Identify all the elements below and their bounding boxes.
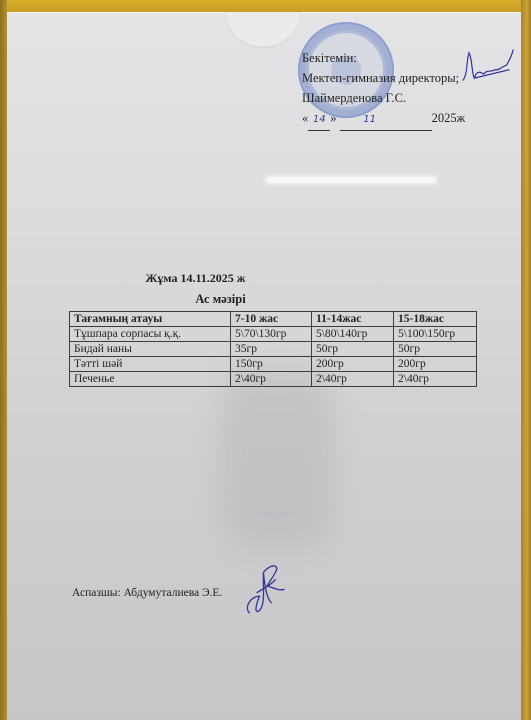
portion-7-10: 5\70\130гр [231,327,312,342]
dish-name: Тұшпара сорпасы қ.қ. [70,327,231,342]
date-month: 11 [340,110,400,131]
approved-label: Бекітемін: [302,48,465,68]
dish-name: Печенье [70,372,231,387]
dish-name: Тәтті шәй [70,357,231,372]
portion-15-18: 200гр [394,357,477,372]
light-reflection [265,176,437,184]
portion-15-18: 5\100\150гр [394,327,477,342]
portion-7-10: 150гр [231,357,312,372]
table-header-row: Тағамның атауы 7-10 жас 11-14жас 15-18жа… [70,312,477,327]
approval-date: «14» 11 2025ж [302,108,465,131]
menu-day-date: Жұма 14.11.2025 ж [0,271,461,286]
column-header-dish: Тағамның атауы [70,312,231,327]
date-day: 14 [308,110,330,131]
portion-11-14: 2\40гр [312,372,394,387]
portion-15-18: 50гр [394,342,477,357]
portion-7-10: 2\40гр [231,372,312,387]
glare-shadow [222,367,332,547]
menu-table: Тағамның атауы 7-10 жас 11-14жас 15-18жа… [69,311,477,387]
table-row: Тұшпара сорпасы қ.қ. 5\70\130гр 5\80\140… [70,327,477,342]
portion-7-10: 35гр [231,342,312,357]
dish-name: Бидай наны [70,342,231,357]
date-underline [400,110,432,131]
director-position: Мектеп-гимназия директоры; [302,68,465,88]
sleeve-thumb-notch [225,12,301,48]
portion-11-14: 50гр [312,342,394,357]
frame-top-border [0,0,531,12]
column-header-age-11-14: 11-14жас [312,312,394,327]
portion-11-14: 200гр [312,357,394,372]
column-header-age-15-18: 15-18жас [394,312,477,327]
date-close-quote: » [330,111,336,125]
director-name: Шаймерденова Г.С. [302,88,465,108]
portion-15-18: 2\40гр [394,372,477,387]
cook-name: Аспазшы: Абдумуталиева Э.Е. [72,587,222,599]
approval-block: Бекітемін: Мектеп-гимназия директоры; Ша… [302,48,465,131]
column-header-age-7-10: 7-10 жас [231,312,312,327]
frame-right-border [521,0,531,720]
portion-11-14: 5\80\140гр [312,327,394,342]
table-row: Тәтті шәй 150гр 200гр 200гр [70,357,477,372]
table-row: Печенье 2\40гр 2\40гр 2\40гр [70,372,477,387]
menu-title: Ас мәзірі [0,292,486,307]
table-row: Бидай наны 35гр 50гр 50гр [70,342,477,357]
frame-left-border [0,0,7,720]
date-year: 2025ж [432,111,466,125]
